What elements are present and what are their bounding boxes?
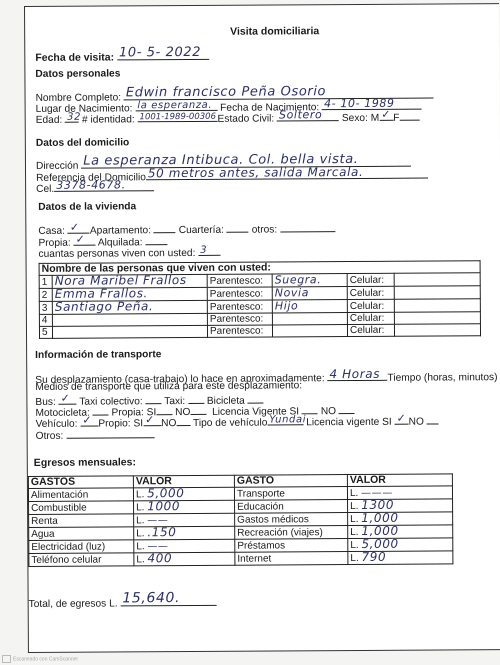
civil-label: Estado Civil: xyxy=(218,113,275,124)
cel-label: Cel. xyxy=(36,184,54,195)
celular-value[interactable] xyxy=(394,286,480,300)
transport-heading: Información de transporte xyxy=(35,349,161,361)
visit-date-value[interactable]: 10- 5- 2022 xyxy=(119,45,201,61)
expense-value[interactable]: 790 xyxy=(361,550,386,564)
tipo-label: Tipo de vehículo xyxy=(193,418,267,429)
licencia-si-check-icon[interactable]: ✓ xyxy=(397,412,407,425)
celular-value[interactable] xyxy=(394,312,480,325)
expense-value[interactable]: —— xyxy=(147,515,168,526)
otros-transport-label: Otros: xyxy=(36,431,64,442)
expense-item: Educación xyxy=(235,500,348,514)
row-number: 4 xyxy=(39,314,52,326)
currency-label: L. xyxy=(136,489,144,500)
celular-label: Celular: xyxy=(347,286,394,299)
address-heading: Datos del domicilio xyxy=(36,137,129,149)
vehiculo-check-icon[interactable]: ✓ xyxy=(82,414,92,427)
expense-item: Internet xyxy=(235,552,348,566)
parentesco-label: Parentesco: xyxy=(207,287,272,300)
visit-date-field: Fecha de visita: 10- 5- 2022 xyxy=(35,48,209,64)
licencia-label: Licencia vigente SI xyxy=(306,417,392,429)
otros-blank[interactable] xyxy=(280,220,335,232)
age-label: Edad: xyxy=(36,115,63,126)
expense-item: Agua xyxy=(29,527,134,541)
camscanner-icon xyxy=(2,655,11,663)
tipo-value[interactable]: Yundai xyxy=(269,414,306,425)
expense-item: Transporte xyxy=(234,487,347,501)
page-title: Visita domiciliaria xyxy=(230,25,319,38)
gasto-header: GASTO xyxy=(234,475,347,488)
expense-value[interactable]: 1000 xyxy=(147,499,180,513)
total-label: Total, de egresos L. xyxy=(29,598,118,610)
expense-item: Gastos médicos xyxy=(235,513,348,527)
expense-value[interactable]: .150 xyxy=(147,525,176,539)
expense-value[interactable]: 400 xyxy=(147,551,172,565)
expense-item: Recreación (viajes) xyxy=(235,526,348,540)
age-value[interactable]: 32 xyxy=(67,112,81,123)
currency-label: L. xyxy=(136,554,144,565)
celular-value[interactable] xyxy=(394,324,480,337)
referencia-value[interactable]: 50 metros antes, salida Marcala. xyxy=(148,165,364,180)
id-value[interactable]: 1001-1989-00306 xyxy=(139,112,216,122)
cuarteria-label: Cuartería: xyxy=(179,225,224,236)
total-value[interactable]: 15,640. xyxy=(122,590,180,606)
expenses-heading: Egresos mensuales: xyxy=(34,456,136,469)
people-count-label: cuantas personas viven con usted: xyxy=(38,248,195,260)
id-label: # identidad: xyxy=(82,114,135,125)
sex-m-label: Sexo: M xyxy=(342,113,379,124)
cel-value[interactable]: 3378-4678. xyxy=(56,178,126,191)
currency-label: L. xyxy=(136,502,144,513)
table-row: 5 Parentesco: Celular: xyxy=(39,324,480,339)
otros-transport-row: Otros: xyxy=(36,426,155,442)
celular-value[interactable] xyxy=(394,273,480,287)
celular-label: Celular: xyxy=(347,312,394,324)
parentesco-label: Parentesco: xyxy=(207,313,272,325)
valor-header-right: VALOR xyxy=(347,474,452,487)
commute-suffix: Tiempo (horas, minutos) xyxy=(387,372,497,384)
otros-label: otros: xyxy=(252,224,278,235)
expense-item: Electricidad (luz) xyxy=(29,540,134,554)
propio-no-blank[interactable] xyxy=(176,414,190,426)
cuarteria-blank[interactable] xyxy=(227,221,249,233)
row-number: 5 xyxy=(39,326,52,338)
currency-label: L. xyxy=(136,515,144,526)
visit-date-label: Fecha de visita: xyxy=(35,51,114,63)
row-number: 2 xyxy=(39,288,52,301)
licencia-no-blank[interactable] xyxy=(427,412,439,424)
civil-value[interactable]: Soltero xyxy=(279,108,322,121)
person-name[interactable]: Santiago Peña. xyxy=(55,299,154,314)
gastos-header: GASTOS xyxy=(28,476,133,489)
row-number: 3 xyxy=(39,301,52,314)
expense-item: Teléfono celular xyxy=(29,553,134,567)
licencia-no-label: NO xyxy=(409,417,424,428)
expense-item: Renta xyxy=(29,514,134,528)
people-count-value[interactable]: 3 xyxy=(200,245,207,256)
expense-value[interactable]: 5,000 xyxy=(361,537,398,551)
scanner-watermark: Escaneado con CamScanner xyxy=(2,655,78,663)
parentesco-label: Parentesco: xyxy=(207,325,272,337)
parentesco-label: Parentesco: xyxy=(207,300,272,313)
currency-label: L. xyxy=(350,553,358,564)
household-table: Nombre de las personas que viven con ust… xyxy=(39,260,481,339)
currency-label: L. xyxy=(350,514,358,525)
expense-item: Préstamos xyxy=(235,539,348,553)
apartamento-blank[interactable] xyxy=(154,221,176,233)
propio-no-label: NO xyxy=(161,418,176,429)
sex-m-check-icon[interactable]: ✓ xyxy=(381,108,391,121)
expenses-table: GASTOS VALOR GASTO VALOR Alimentación L.… xyxy=(28,473,454,567)
otros-transport-blank[interactable] xyxy=(66,426,154,439)
form-page: Visita domiciliaria Fecha de visita: 10-… xyxy=(24,3,500,653)
expense-value[interactable]: —— xyxy=(147,541,168,552)
parentesco-value[interactable]: Hijo xyxy=(275,299,299,312)
currency-label: L. xyxy=(350,527,358,538)
total-row: Total, de egresos L. 15,640. xyxy=(29,594,217,610)
expense-value[interactable]: ——— xyxy=(361,487,393,498)
commute-value[interactable]: 4 Horas xyxy=(329,367,380,381)
celular-label: Celular: xyxy=(347,273,394,286)
expense-item: Combustible xyxy=(29,501,134,515)
sex-f-blank[interactable] xyxy=(399,109,419,121)
parentesco-label: Parentesco: xyxy=(207,274,272,287)
row-number: 1 xyxy=(39,275,52,288)
currency-label: L. xyxy=(350,540,358,551)
currency-label: L. xyxy=(350,501,358,512)
currency-label: L. xyxy=(350,487,358,498)
propio-si-check-icon[interactable]: ✓ xyxy=(145,413,155,426)
expense-item: Alimentación xyxy=(28,488,133,502)
currency-label: L. xyxy=(136,528,144,539)
cel-row: Cel.3378-4678. xyxy=(36,179,154,195)
celular-value[interactable] xyxy=(394,299,480,313)
currency-label: L. xyxy=(136,541,144,552)
celular-label: Celular: xyxy=(347,324,394,336)
id-row: Edad: 32 # identidad: 1001-1989-00306Est… xyxy=(36,109,420,126)
housing-heading: Datos de la vivienda xyxy=(38,201,136,213)
table-row: Teléfono celular L. 400 Internet L. 790 xyxy=(29,551,453,567)
people-count-row: cuantas personas viven con usted: 3 xyxy=(38,244,220,260)
parentesco-value[interactable]: Suegra. xyxy=(275,273,322,286)
personal-heading: Datos personales xyxy=(35,68,120,80)
parentesco-value[interactable]: Novia xyxy=(275,286,309,299)
celular-label: Celular: xyxy=(347,299,394,312)
